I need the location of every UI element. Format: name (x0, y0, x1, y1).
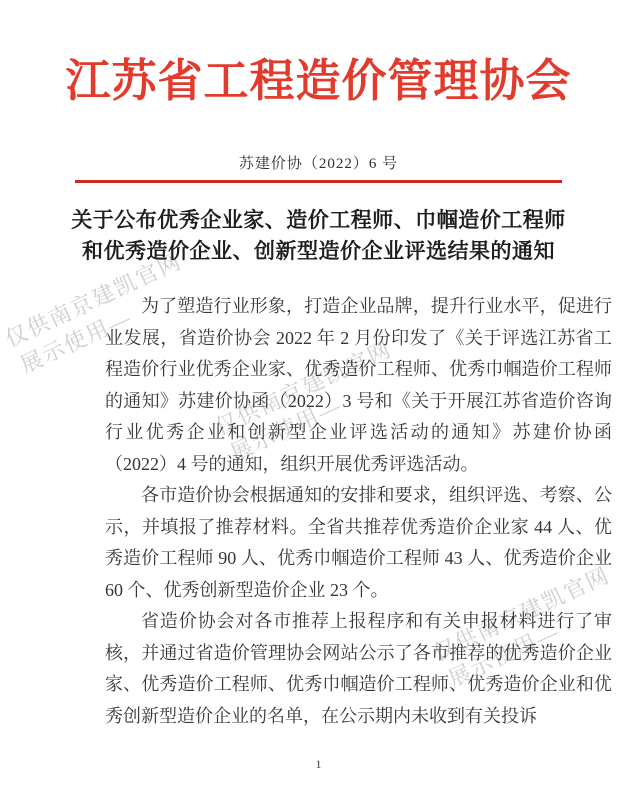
body-paragraph-2: 各市造价协会根据通知的安排和要求，组织评选、考察、公示，并填报了推荐材料。全省共… (105, 480, 612, 606)
notice-title: 关于公布优秀企业家、造价工程师、巾帼造价工程师 和优秀造价企业、创新型造价企业评… (0, 205, 637, 267)
document-number: 苏建价协（2022）6 号 (0, 152, 637, 173)
page-number: 1 (0, 757, 637, 772)
document-page: 仅供南京建凯官网 展示使用— 仅供南京建凯官网 展示使用— 仅供南京建凯官网 展… (0, 0, 637, 804)
body-paragraph-3: 省造价协会对各市推荐上报程序和有关申报材料进行了审核，并通过省造价管理协会网站公… (105, 606, 612, 732)
organization-title: 江苏省工程造价管理协会 (0, 44, 637, 109)
notice-title-line2: 和优秀造价企业、创新型造价企业评选结果的通知 (0, 236, 637, 267)
notice-body: 为了塑造行业形象，打造企业品牌，提升行业水平，促进行业发展，省造价协会 2022… (105, 291, 612, 732)
body-paragraph-1: 为了塑造行业形象，打造企业品牌，提升行业水平，促进行业发展，省造价协会 2022… (105, 291, 612, 480)
notice-title-line1: 关于公布优秀企业家、造价工程师、巾帼造价工程师 (0, 205, 637, 236)
red-divider-line (75, 180, 562, 183)
